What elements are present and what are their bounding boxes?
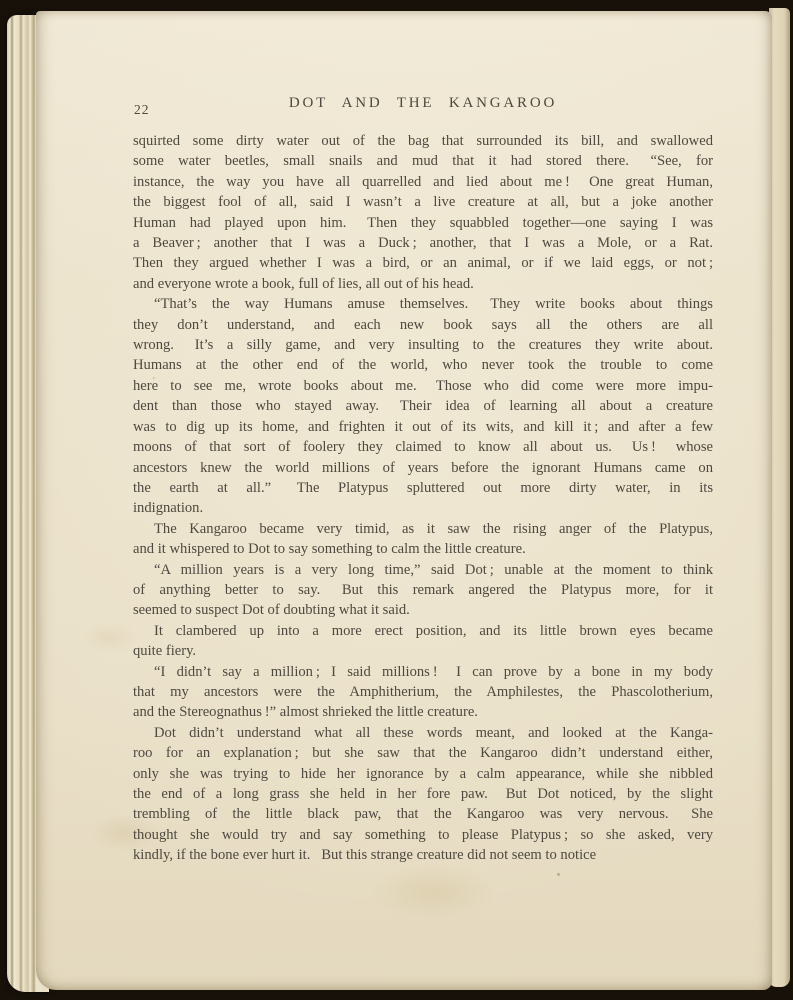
text-line: and the Stereognathus !” almost shrieked… <box>133 702 713 722</box>
page-content: 22 DOT AND THE KANGAROO squirted some di… <box>133 95 713 866</box>
text-line: thought she would try and say something … <box>133 825 713 845</box>
text-line: seemed to suspect Dot of doubting what i… <box>133 600 713 620</box>
text-line: of anything better to say. But this rema… <box>133 580 713 600</box>
text-line: and everyone wrote a book, full of lies,… <box>133 274 713 294</box>
text-line: only she was trying to hide her ignoranc… <box>133 764 713 784</box>
text-line: dent than those who stayed away. Their i… <box>133 396 713 416</box>
text-line: “A million years is a very long time,” s… <box>133 560 713 580</box>
text-line: that my ancestors were the Amphitherium,… <box>133 682 713 702</box>
book-scan-scene: 22 DOT AND THE KANGAROO squirted some di… <box>0 0 793 1000</box>
text-line: a Beaver ; another that I was a Duck ; a… <box>133 233 713 253</box>
text-line: here to see me, wrote books about me. Th… <box>133 376 713 396</box>
page-header: 22 DOT AND THE KANGAROO <box>133 95 713 117</box>
text-line: Dot didn’t understand what all these wor… <box>133 723 713 743</box>
text-line: indignation. <box>133 498 713 518</box>
text-line: trembling of the little black paw, that … <box>133 804 713 824</box>
running-title: DOT AND THE KANGAROO <box>133 95 713 112</box>
text-line: “That’s the way Humans amuse themselves.… <box>133 294 713 314</box>
text-line: wrong. It’s a silly game, and very insul… <box>133 335 713 355</box>
text-line: kindly, if the bone ever hurt it. But th… <box>133 845 713 865</box>
text-line: some water beetles, small snails and mud… <box>133 151 713 171</box>
text-line: the end of a long grass she held in her … <box>133 784 713 804</box>
book-page: 22 DOT AND THE KANGAROO squirted some di… <box>36 11 772 990</box>
text-line: the earth at all.” The Platypus splutter… <box>133 478 713 498</box>
text-line: Humans at the other end of the world, wh… <box>133 355 713 375</box>
text-line: “I didn’t say a million ; I said million… <box>133 662 713 682</box>
text-block: squirted some dirty water out of the bag… <box>133 131 713 866</box>
text-line: Then they argued whether I was a bird, o… <box>133 253 713 273</box>
page-number: 22 <box>134 102 150 118</box>
text-line: The Kangaroo became very timid, as it sa… <box>133 519 713 539</box>
text-line: was to dig up its home, and frighten it … <box>133 417 713 437</box>
text-line: they don’t understand, and each new book… <box>133 315 713 335</box>
text-line: It clambered up into a more erect positi… <box>133 621 713 641</box>
text-line: squirted some dirty water out of the bag… <box>133 131 713 151</box>
text-line: Human had played upon him. Then they squ… <box>133 213 713 233</box>
text-line: the biggest fool of all, said I wasn’t a… <box>133 192 713 212</box>
text-line: quite fiery. <box>133 641 713 661</box>
text-line: ancestors knew the world millions of yea… <box>133 458 713 478</box>
text-line: roo for an explanation ; but she saw tha… <box>133 743 713 763</box>
text-line: moons of that sort of foolery they claim… <box>133 437 713 457</box>
text-line: instance, the way you have all quarrelle… <box>133 172 713 192</box>
text-line: and it whispered to Dot to say something… <box>133 539 713 559</box>
facing-page-edge <box>770 8 790 987</box>
